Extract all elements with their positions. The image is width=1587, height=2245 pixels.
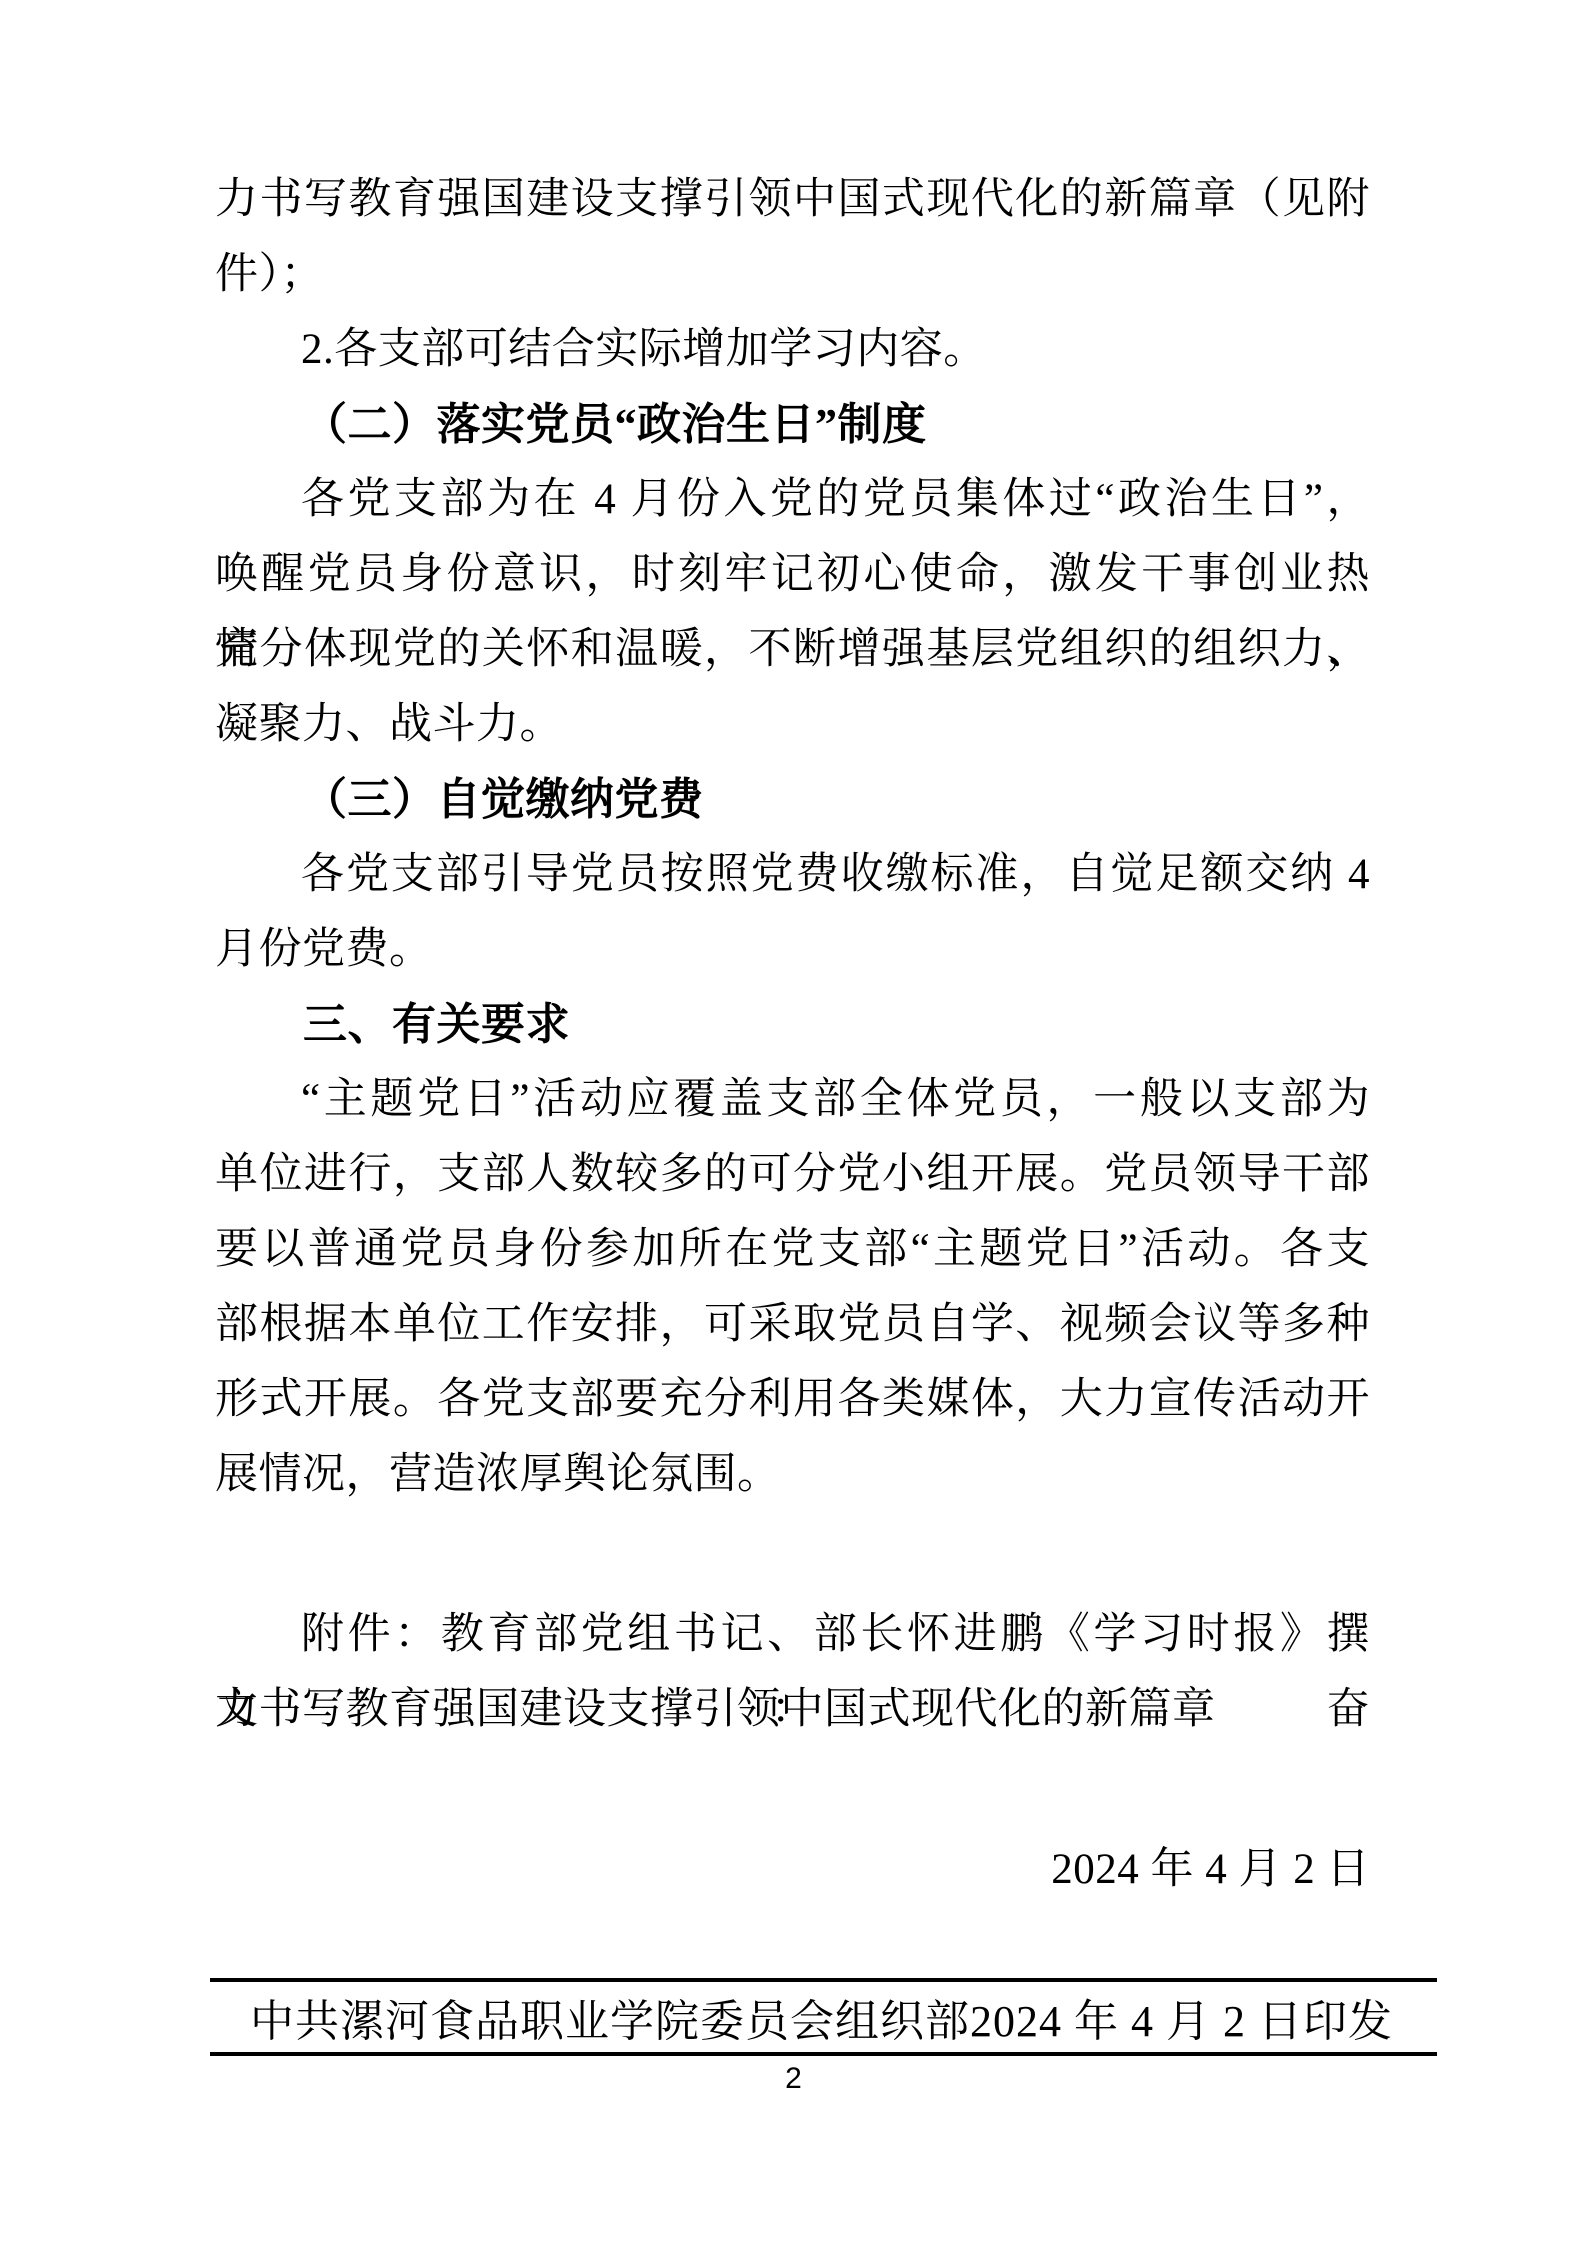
body-line: 充分体现党的关怀和温暖，不断增强基层党组织的组织力、	[215, 612, 1370, 687]
footer-rule-bottom	[210, 2052, 1437, 2056]
print-date: 2024 年 4 月 2 日印发	[970, 1985, 1393, 2049]
document-page: 力书写教育强国建设支撑引领中国式现代化的新篇章（见附 件）； 2.各支部可结合实…	[0, 0, 1587, 2245]
body-line: 月份党费。	[215, 912, 1370, 987]
colophon: 中共漯河食品职业学院委员会组织部 2024 年 4 月 2 日印发	[210, 1982, 1437, 2052]
body-line: 凝聚力、战斗力。	[215, 687, 1370, 762]
body-line: 2.各支部可结合实际增加学习内容。	[215, 312, 1370, 387]
page-number: 2	[0, 2062, 1587, 2096]
document-date: 2024 年 4 月 2 日	[215, 1832, 1370, 1907]
body-line: 各党支部引导党员按照党费收缴标准，自觉足额交纳 4	[215, 837, 1370, 912]
body-line: 部根据本单位工作安排，可采取党员自学、视频会议等多种	[215, 1287, 1370, 1362]
section-heading: （二）落实党员“政治生日”制度	[215, 387, 1370, 462]
body-line: 形式开展。各党支部要充分利用各类媒体，大力宣传活动开	[215, 1362, 1370, 1437]
attachment-line: 力书写教育强国建设支撑引领中国式现代化的新篇章	[215, 1672, 1370, 1747]
issuer-name: 中共漯河食品职业学院委员会组织部	[250, 1985, 970, 2049]
body-line: 各党支部为在 4 月份入党的党员集体过“政治生日”，	[215, 462, 1370, 537]
document-body: 力书写教育强国建设支撑引领中国式现代化的新篇章（见附 件）； 2.各支部可结合实…	[215, 162, 1370, 1907]
body-line: 唤醒党员身份意识，时刻牢记初心使命，激发干事创业热情，	[215, 537, 1370, 612]
section-heading: （三）自觉缴纳党费	[215, 762, 1370, 837]
body-line: “主题党日”活动应覆盖支部全体党员，一般以支部为	[215, 1062, 1370, 1137]
blank-gap	[215, 1512, 1370, 1597]
attachment-line: 附件：教育部党组书记、部长怀进鹏《学习时报》撰文：奋	[215, 1597, 1370, 1672]
body-line: 力书写教育强国建设支撑引领中国式现代化的新篇章（见附	[215, 162, 1370, 237]
section-heading: 三、有关要求	[215, 987, 1370, 1062]
blank-gap	[215, 1747, 1370, 1832]
body-line: 要以普通党员身份参加所在党支部“主题党日”活动。各支	[215, 1212, 1370, 1287]
body-line: 展情况，营造浓厚舆论氛围。	[215, 1437, 1370, 1512]
body-line: 单位进行，支部人数较多的可分党小组开展。党员领导干部	[215, 1137, 1370, 1212]
body-line: 件）；	[215, 237, 1370, 312]
